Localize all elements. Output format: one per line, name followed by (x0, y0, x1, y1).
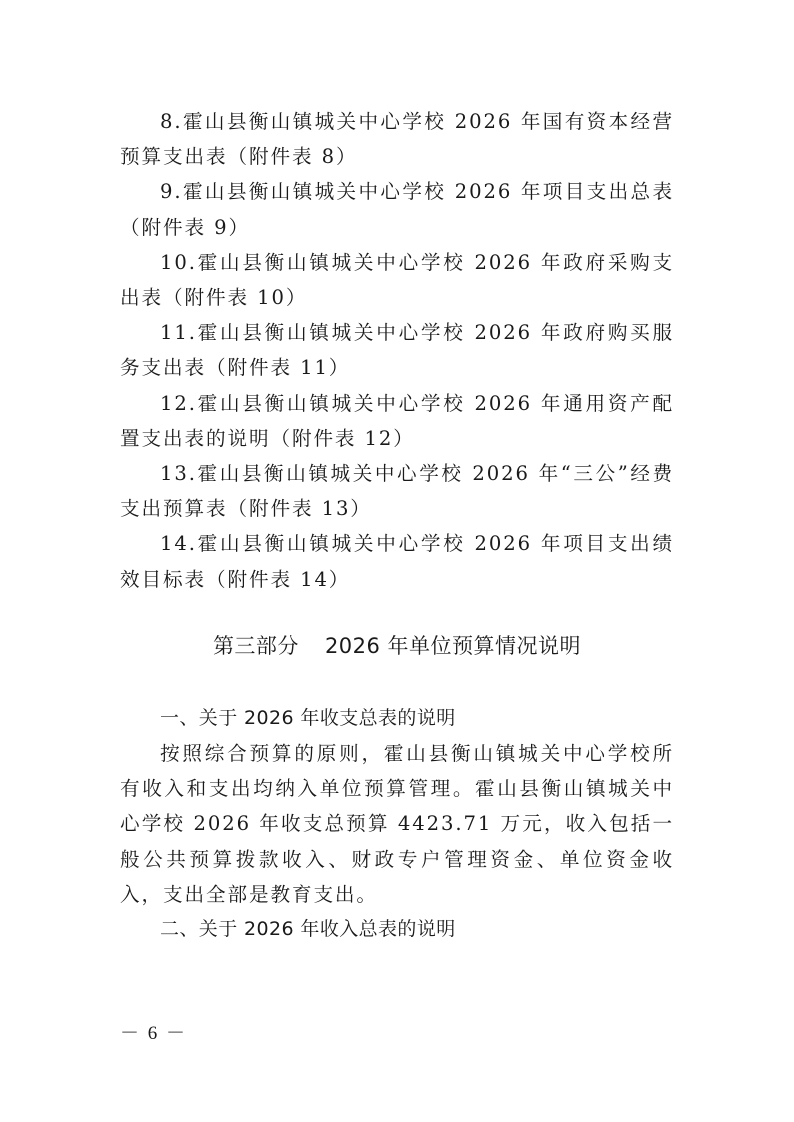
section-title: 第三部分2026 年单位预算情况说明 (120, 631, 674, 661)
document-page: 8.霍山县衡山镇城关中心学校 2026 年国有资本经营预算支出表（附件表 8） … (120, 104, 674, 947)
attachment-list-item-9: 9.霍山县衡山镇城关中心学校 2026 年项目支出总表（附件表 9） (120, 174, 674, 244)
subsection-body-1: 按照综合预算的原则，霍山县衡山镇城关中心学校所有收入和支出均纳入单位预算管理。霍… (120, 736, 674, 912)
attachment-list-item-12: 12.霍山县衡山镇城关中心学校 2026 年通用资产配置支出表的说明（附件表 1… (120, 386, 674, 456)
attachment-list-item-14: 14.霍山县衡山镇城关中心学校 2026 年项目支出绩效目标表（附件表 14） (120, 526, 674, 596)
subsection-heading-1: 一、关于 2026 年收支总表的说明 (120, 701, 674, 736)
section-title-text: 2026 年单位预算情况说明 (325, 634, 581, 658)
section-part-label: 第三部分 (213, 634, 299, 658)
page-number: － 6 － (120, 1018, 187, 1045)
attachment-list-item-10: 10.霍山县衡山镇城关中心学校 2026 年政府采购支出表（附件表 10） (120, 245, 674, 315)
subsection-heading-2: 二、关于 2026 年收入总表的说明 (120, 912, 674, 947)
attachment-list: 8.霍山县衡山镇城关中心学校 2026 年国有资本经营预算支出表（附件表 8） … (120, 104, 674, 597)
attachment-list-item-8: 8.霍山县衡山镇城关中心学校 2026 年国有资本经营预算支出表（附件表 8） (120, 104, 674, 174)
attachment-list-item-13: 13.霍山县衡山镇城关中心学校 2026 年“三公”经费支出预算表（附件表 13… (120, 456, 674, 526)
attachment-list-item-11: 11.霍山县衡山镇城关中心学校 2026 年政府购买服务支出表（附件表 11） (120, 315, 674, 385)
